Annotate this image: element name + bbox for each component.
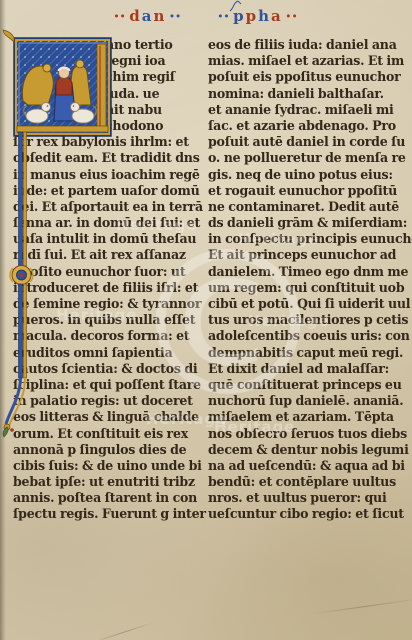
marginal-bar-extension bbox=[0, 20, 48, 440]
text-line: poſuit eis ppoſitus eunuchor bbox=[208, 69, 405, 85]
header-flourish-dots: ∙∙ bbox=[114, 11, 126, 22]
text-line: danielem. Timeo ego dnm me bbox=[208, 264, 405, 280]
text-line: quē conſtituerat princeps eu bbox=[208, 377, 405, 393]
text-line: iuda. ue bbox=[105, 86, 206, 102]
text-line: na ad ueſcendū: & aqua ad bi bbox=[208, 458, 405, 474]
header-letter: p bbox=[246, 7, 259, 25]
text-line: regni ioa bbox=[105, 53, 206, 69]
text-line: et rogauit eunuchor ppoſitū bbox=[208, 183, 405, 199]
text-line: chim regiſ bbox=[105, 69, 206, 85]
tail-foliate-terminal bbox=[3, 424, 14, 437]
tail-curve-gold bbox=[9, 378, 25, 426]
initial-letter-stem bbox=[97, 44, 106, 130]
column-right-body: eos de filiis iuda: daniel anamias. miſa… bbox=[208, 37, 405, 523]
text-line: nros. et uultus pueror: qui bbox=[208, 490, 405, 506]
running-header: ∙∙ dan ∙∙ ∙∙ ppha ∙∙ bbox=[0, 7, 412, 25]
text-line: poſuit autē daniel in corde ſu bbox=[208, 134, 405, 150]
text-line: miſaelem et azariam. Tēpta bbox=[208, 409, 405, 425]
text-line: adoleſcentibs coeuis uris: con bbox=[208, 328, 405, 344]
text-column-right: eos de filiis iuda: daniel anamias. miſa… bbox=[208, 37, 405, 523]
header-flourish-dots: ∙∙ bbox=[286, 11, 298, 22]
header-penwork-flourish bbox=[228, 0, 244, 12]
text-line: nomina: danieli balthaſar. bbox=[208, 86, 405, 102]
text-line: um regem: qui conſtituit uob bbox=[208, 280, 405, 296]
text-line: bebat ipſe: ut enutriti tribz bbox=[13, 474, 206, 490]
text-line: annis. poſtea ſtarent in con bbox=[13, 490, 206, 506]
manuscript-photo: { "artwork": { "header": { "left_word": … bbox=[0, 0, 412, 640]
text-line: tus uros macilentiores p cetis bbox=[208, 312, 405, 328]
header-letter: n bbox=[153, 7, 166, 25]
figure-mantle bbox=[56, 76, 72, 95]
text-line: eos de filiis iuda: daniel ana bbox=[208, 37, 405, 53]
text-line: cibū et potū. Qui ſi uiderit uul bbox=[208, 296, 405, 312]
text-line: ne contaminaret. Dedit autē bbox=[208, 199, 405, 215]
header-word-dan: ∙∙ dan ∙∙ bbox=[111, 7, 185, 25]
text-line: decem & dentur nobis legumi bbox=[208, 442, 405, 458]
text-line: ſpectu regis. Fuerunt g inter bbox=[13, 506, 206, 522]
text-line: dempnabitis caput meū regi. bbox=[208, 345, 405, 361]
header-letter: h bbox=[258, 7, 271, 25]
text-line: ds danieli grām & miſerdiam: bbox=[208, 215, 405, 231]
header-flourish-dots: ∙∙ bbox=[218, 11, 230, 22]
header-flourish-dots: ∙∙ bbox=[169, 11, 181, 22]
text-line: ſac. et azarie abdenago. Pro bbox=[208, 118, 405, 134]
text-line: nos obſecro ſeruos tuos diebs bbox=[208, 426, 405, 442]
text-line: in conſpectu principis eunuchor bbox=[208, 231, 405, 247]
text-line: gis. neq de uino potus eius: bbox=[208, 167, 405, 183]
text-line: mias. miſael et azarias. Et im bbox=[208, 53, 405, 69]
header-letter: d bbox=[129, 7, 142, 25]
text-line: chodono bbox=[105, 118, 206, 134]
ivy-leaf-top bbox=[3, 30, 14, 42]
text-line: Et dixit daniel ad malaſſar: bbox=[208, 361, 405, 377]
text-line: Et ait princeps eunuchor ad bbox=[208, 247, 405, 263]
text-line: et ananie ſydrac. miſaeli mi bbox=[208, 102, 405, 118]
text-line: annonā p ſingulos dies de bbox=[13, 442, 206, 458]
text-line: o. ne pollueretur de menſa re bbox=[208, 150, 405, 166]
bar-knot-medallion bbox=[10, 266, 33, 285]
text-line: nno tertio bbox=[105, 37, 206, 53]
text-line: nit nabu bbox=[105, 102, 206, 118]
header-letters-left: dan bbox=[129, 7, 166, 25]
header-letter: a bbox=[271, 7, 283, 25]
text-line: ueſcuntur cibo regio: et ſicut bbox=[208, 506, 405, 522]
text-line: bendū: et contēplare uultus bbox=[208, 474, 405, 490]
header-letter: a bbox=[142, 7, 154, 25]
text-line: cibis ſuis: & de uino unde bi bbox=[13, 458, 206, 474]
text-line: nuchorū ſup danielē. ananiā. bbox=[208, 393, 405, 409]
